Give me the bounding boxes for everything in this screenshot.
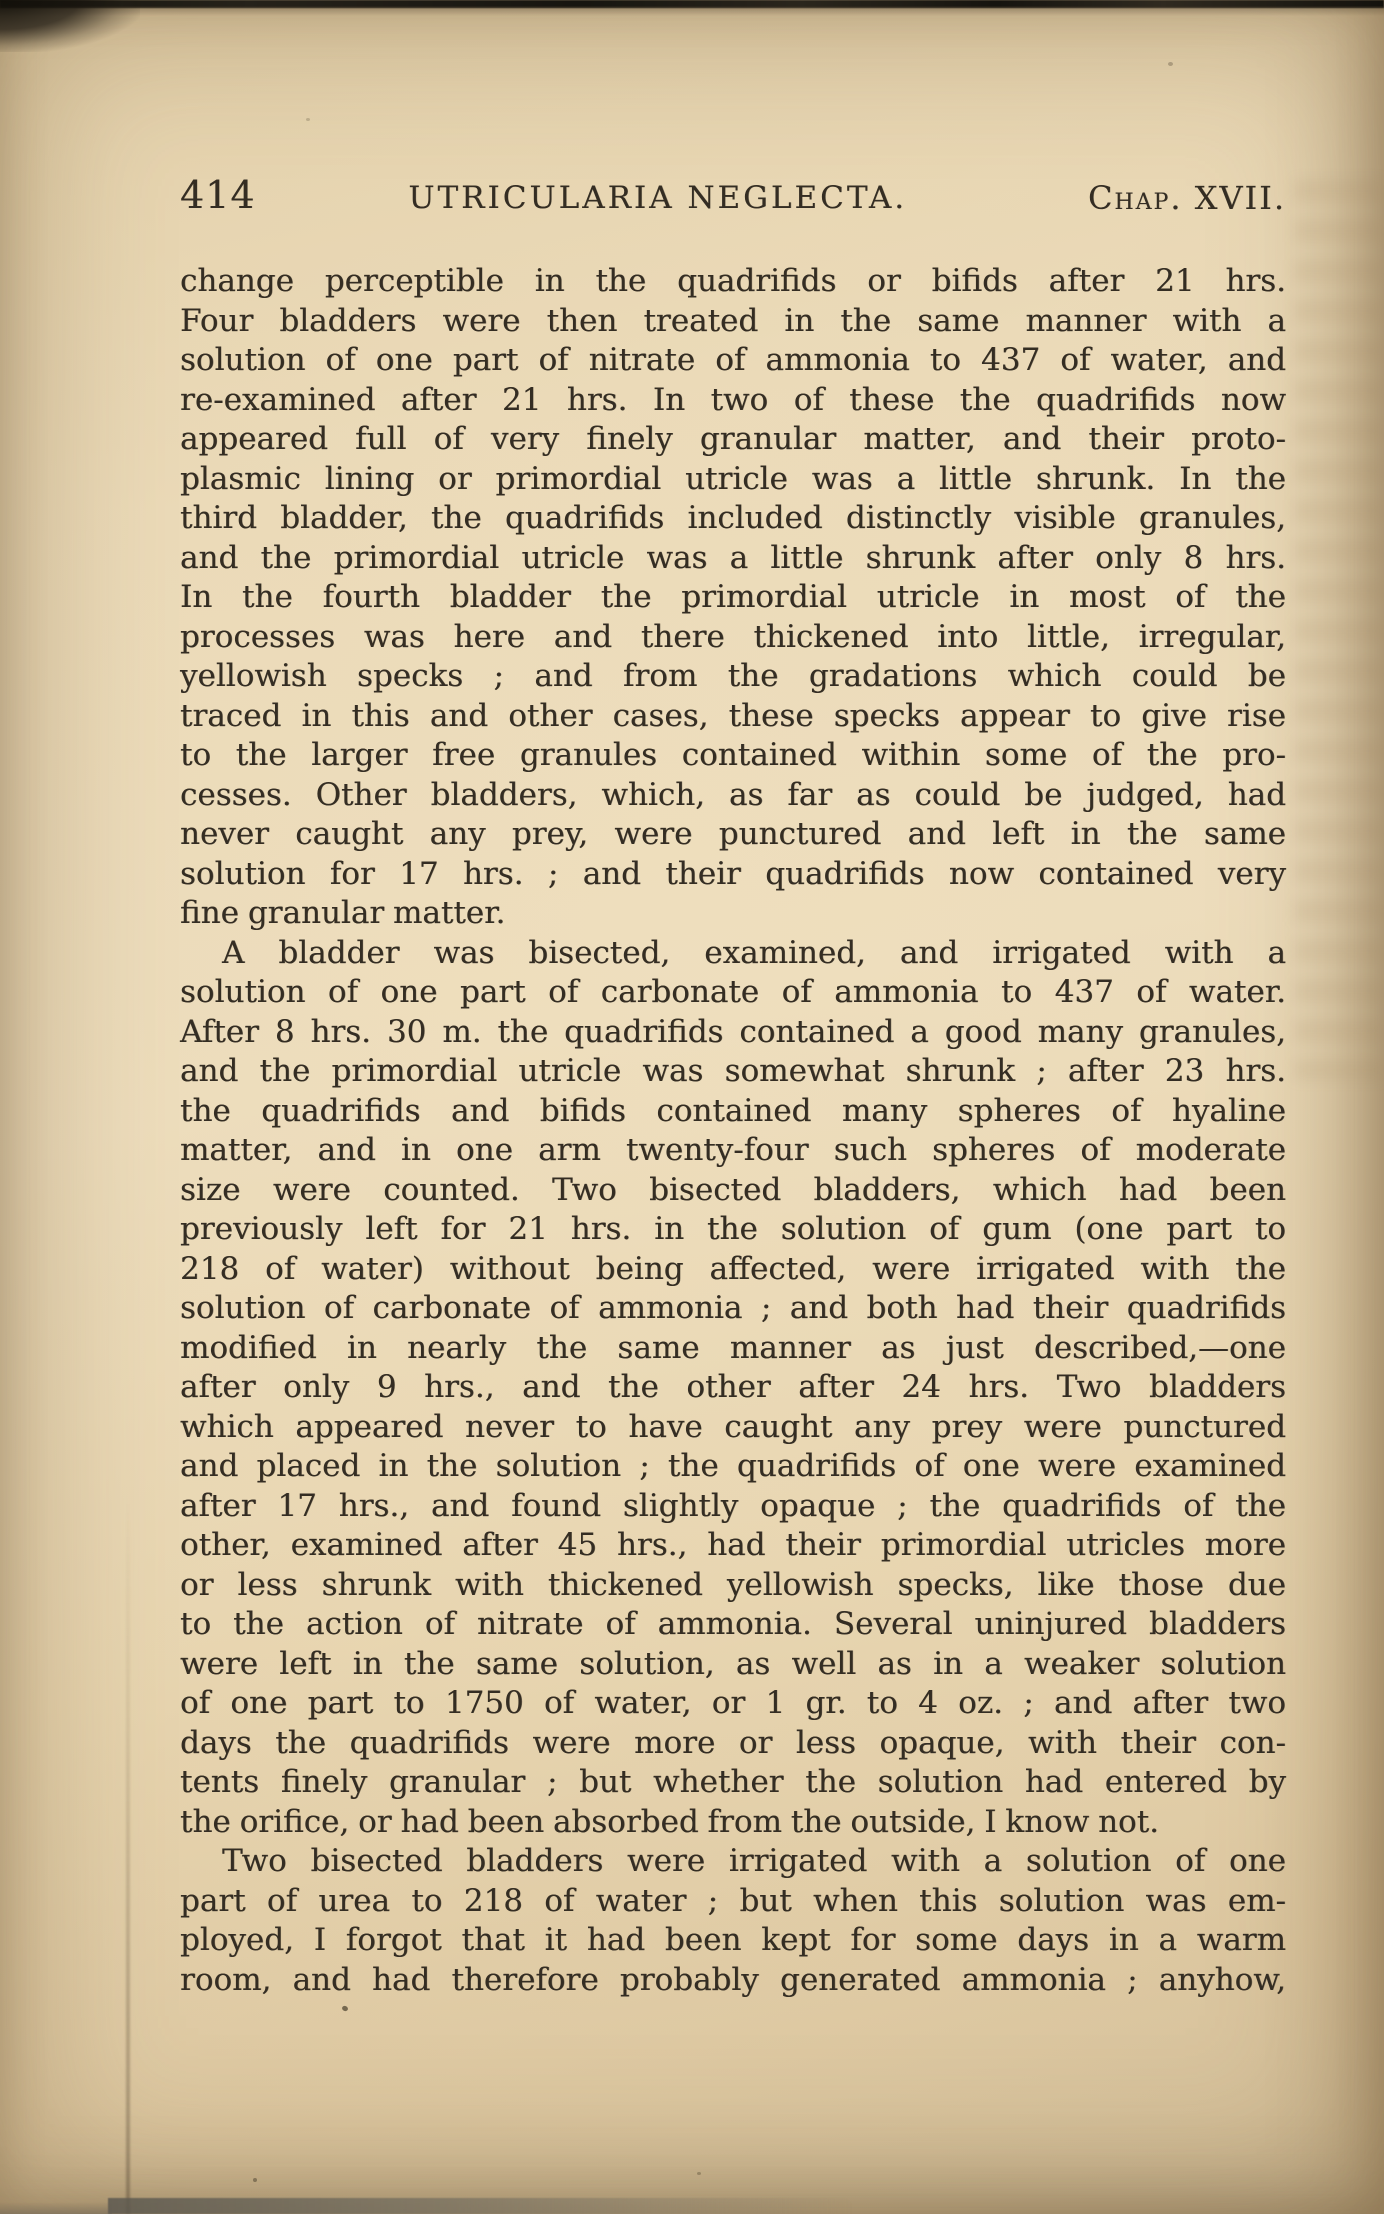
text-line: or less shrunk with thickened yellowish …: [180, 1566, 1286, 1606]
scan-edge-bottom: [108, 2198, 853, 2214]
paragraph: A bladder was bisected, examined, and ir…: [180, 934, 1286, 1843]
text-line: never caught any prey, were punctured an…: [180, 815, 1286, 855]
text-line: fine granular matter.: [180, 894, 1286, 934]
text-line: and the primordial utricle was somewhat …: [180, 1052, 1286, 1092]
text-line: room, and had therefore probably generat…: [180, 1961, 1286, 2001]
text-line: solution for 17 hrs. ; and their quadrif…: [180, 855, 1286, 895]
text-line: which appeared never to have caught any …: [180, 1408, 1286, 1448]
text-line: the quadrifids and bifids contained many…: [180, 1092, 1286, 1132]
text-line: modified in nearly the same manner as ju…: [180, 1329, 1286, 1369]
page-crease: [126, 1500, 130, 2214]
text-line: A bladder was bisected, examined, and ir…: [180, 934, 1286, 974]
running-title: UTRICULARIA NEGLECTA.: [242, 183, 1074, 214]
text-line: processes was here and there thickened i…: [180, 618, 1286, 658]
text-line: re-examined after 21 hrs. In two of thes…: [180, 381, 1286, 421]
text-line: of one part to 1750 of water, or 1 gr. t…: [180, 1684, 1286, 1724]
paragraph: change perceptible in the quadrifids or …: [180, 262, 1286, 934]
text-line: appeared full of very finely granular ma…: [180, 420, 1286, 460]
running-header: 414 UTRICULARIA NEGLECTA. Chap. XVII.: [180, 170, 1286, 214]
text-line: solution of one part of carbonate of amm…: [180, 973, 1286, 1013]
text-line: solution of one part of nitrate of ammon…: [180, 341, 1286, 381]
text-line: were left in the same solution, as well …: [180, 1645, 1286, 1685]
text-line: matter, and in one arm twenty-four such …: [180, 1131, 1286, 1171]
bleedthrough-smudge: [1294, 180, 1384, 1080]
text-line: other, examined after 45 hrs., had their…: [180, 1526, 1286, 1566]
text-line: tents finely granular ; but whether the …: [180, 1763, 1286, 1803]
text-line: Two bisected bladders were irrigated wit…: [180, 1842, 1286, 1882]
text-line: and the primordial utricle was a little …: [180, 539, 1286, 579]
text-line: after only 9 hrs., and the other after 2…: [180, 1368, 1286, 1408]
body-text: change perceptible in the quadrifids or …: [180, 262, 1286, 2000]
ink-speck: [697, 2172, 701, 2175]
scan-corner-shadow: [0, 0, 140, 52]
text-line: cesses. Other bladders, which, as far as…: [180, 776, 1286, 816]
text-line: yellowish specks ; and from the gradatio…: [180, 657, 1286, 697]
text-line: to the action of nitrate of ammonia. Sev…: [180, 1605, 1286, 1645]
ink-speck: [1168, 62, 1173, 66]
text-line: previously left for 21 hrs. in the solut…: [180, 1210, 1286, 1250]
text-line: to the larger free granules contained wi…: [180, 736, 1286, 776]
ink-speck: [253, 2178, 257, 2182]
ink-speck: [341, 2005, 349, 2012]
text-line: In the fourth bladder the primordial utr…: [180, 578, 1286, 618]
text-line: after 17 hrs., and found slightly opaque…: [180, 1487, 1286, 1527]
text-line: 218 of water) without being affected, we…: [180, 1250, 1286, 1290]
scan-edge-top-shadow: [0, 6, 1384, 16]
text-line: and placed in the solution ; the quadrif…: [180, 1447, 1286, 1487]
text-line: days the quadrifids were more or less op…: [180, 1724, 1286, 1764]
chapter-label: Chap. XVII.: [1088, 182, 1286, 214]
page-content: 414 UTRICULARIA NEGLECTA. Chap. XVII. ch…: [180, 170, 1286, 2000]
text-line: size were counted. Two bisected bladders…: [180, 1171, 1286, 1211]
text-line: solution of carbonate of ammonia ; and b…: [180, 1289, 1286, 1329]
book-page-scan: 414 UTRICULARIA NEGLECTA. Chap. XVII. ch…: [0, 0, 1384, 2214]
text-line: change perceptible in the quadrifids or …: [180, 262, 1286, 302]
text-line: Four bladders were then treated in the s…: [180, 302, 1286, 342]
text-line: third bladder, the quadrifids included d…: [180, 499, 1286, 539]
text-line: After 8 hrs. 30 m. the quadrifids contai…: [180, 1013, 1286, 1053]
text-line: part of urea to 218 of water ; but when …: [180, 1882, 1286, 1922]
text-line: traced in this and other cases, these sp…: [180, 697, 1286, 737]
text-line: ployed, I forgot that it had been kept f…: [180, 1921, 1286, 1961]
text-line: the orifice, or had been absorbed from t…: [180, 1803, 1286, 1843]
text-line: plasmic lining or primordial utricle was…: [180, 460, 1286, 500]
paragraph: Two bisected bladders were irrigated wit…: [180, 1842, 1286, 2000]
ink-speck: [306, 118, 310, 121]
scan-edge-bottom-left: [0, 2202, 112, 2214]
